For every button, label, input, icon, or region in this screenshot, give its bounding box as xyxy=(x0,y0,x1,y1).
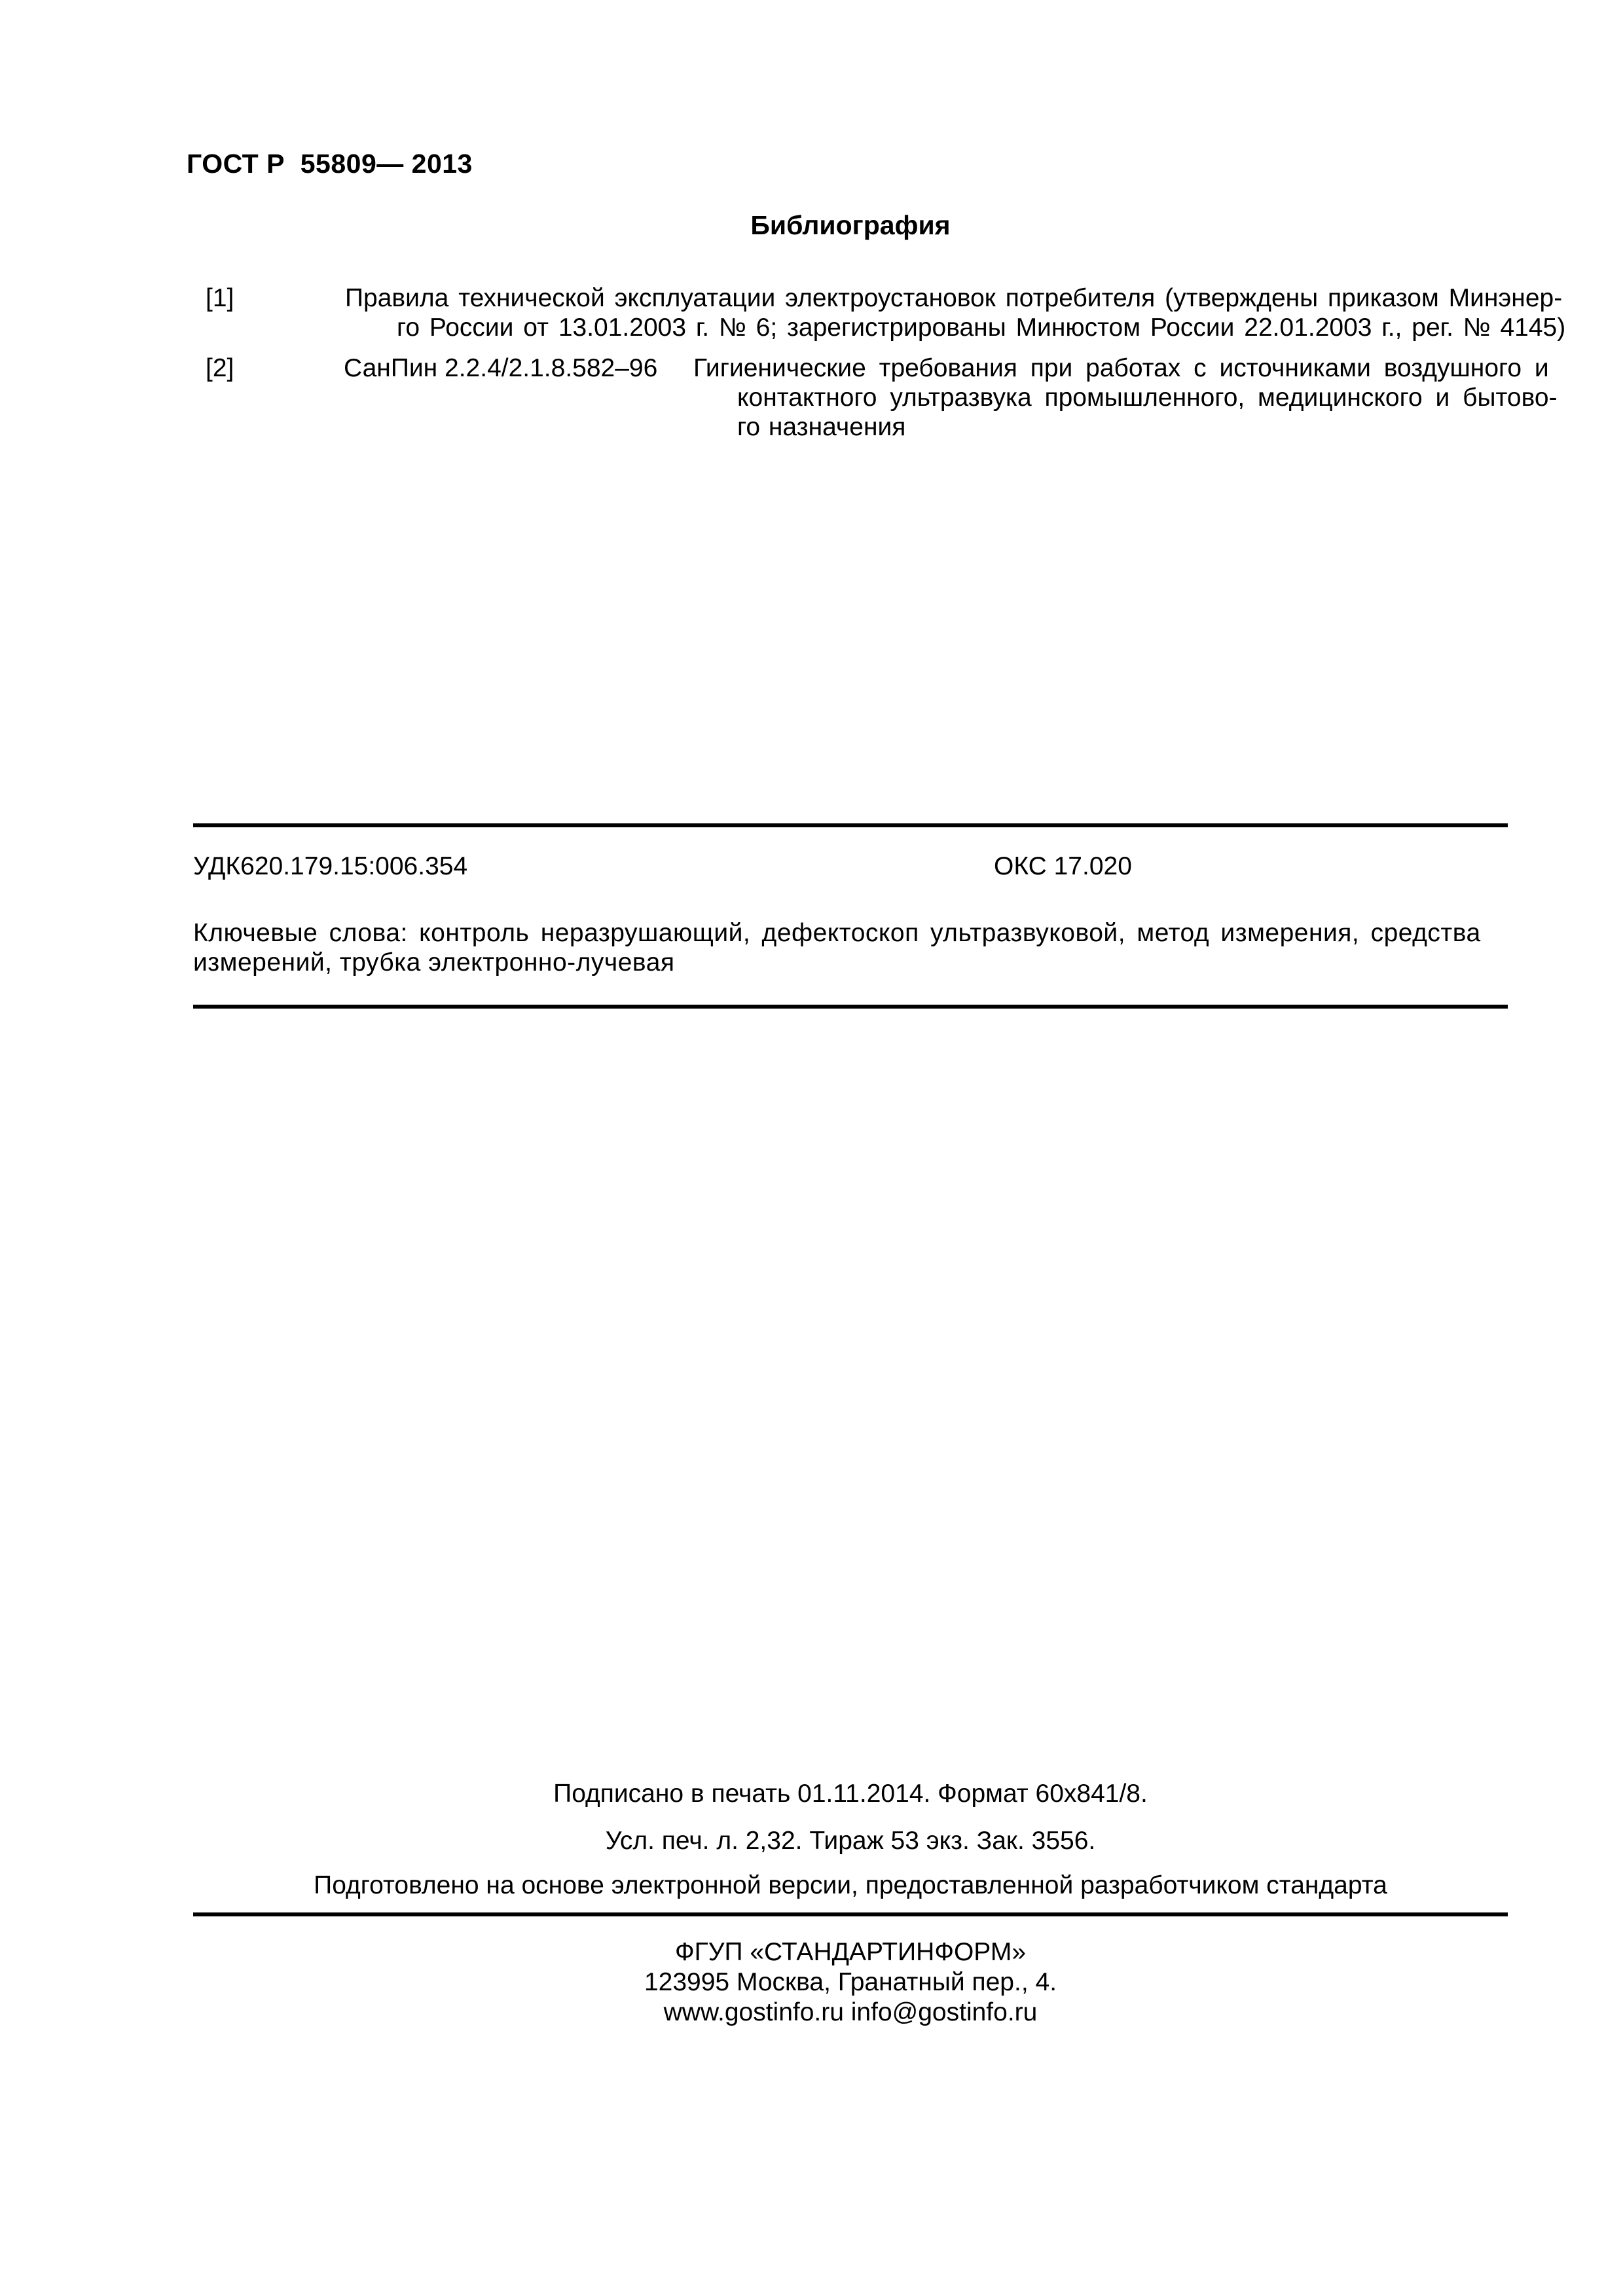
keywords-line-1: Ключевые слова: контроль неразрушающий, … xyxy=(193,918,1508,948)
entry-2-code: СанПин 2.2.4/2.1.8.582–96 xyxy=(344,353,693,383)
publisher-block: ФГУП «СТАНДАРТИНФОРМ» 123995 Москва, Гра… xyxy=(193,1937,1508,2028)
bibliography-title: Библиография xyxy=(193,211,1508,240)
entry-1-line-2: го России от 13.01.2003 г. № 6; зарегист… xyxy=(397,313,1565,342)
publisher-name: ФГУП «СТАНДАРТИНФОРМ» xyxy=(193,1937,1508,1967)
bibliography-entry-2: [2] СанПин 2.2.4/2.1.8.582–96 Гигиеничес… xyxy=(206,353,1510,442)
doc-number-header: ГОСТ Р 55809— 2013 xyxy=(187,149,473,179)
imprint-prepared-note: Подготовлено на основе электронной верси… xyxy=(193,1871,1508,1900)
classification-row: УДК620.179.15:006.354 ОКС 17.020 xyxy=(193,852,1508,881)
keywords-line-2: измерений, трубка электронно-лучевая xyxy=(193,948,1508,977)
entry-1-line-1: Правила технической эксплуатации электро… xyxy=(345,283,1565,313)
entry-2-line-3: го назначения xyxy=(737,412,1558,442)
imprint-print-run: Усл. печ. л. 2,32. Тираж 53 экз. Зак. 35… xyxy=(193,1826,1508,1856)
entry-1-text: Правила технической эксплуатации электро… xyxy=(345,283,1565,342)
entry-2-line-1: Гигиенические требования при работах с и… xyxy=(693,353,1558,383)
publisher-address: 123995 Москва, Гранатный пер., 4. xyxy=(193,1967,1508,1998)
udk-code: УДК620.179.15:006.354 xyxy=(193,852,467,880)
bibliography-entry-1: [1] Правила технической эксплуатации эле… xyxy=(206,283,1510,342)
document-page: ГОСТ Р 55809— 2013 Библиография [1] Прав… xyxy=(0,0,1623,2296)
entry-2-line-2: контактного ультразвука промышленного, м… xyxy=(737,383,1558,412)
publisher-contacts: www.gostinfo.ru info@gostinfo.ru xyxy=(193,1998,1508,2028)
keywords-block: Ключевые слова: контроль неразрушающий, … xyxy=(193,918,1508,977)
entry-2-text: Гигиенические требования при работах с и… xyxy=(693,353,1558,442)
entry-1-number: [1] xyxy=(206,283,345,313)
imprint-print-date: Подписано в печать 01.11.2014. Формат 60… xyxy=(193,1779,1508,1808)
entry-2-number: [2] xyxy=(206,353,344,383)
horizontal-rule-bottom xyxy=(193,1912,1508,1916)
horizontal-rule-middle xyxy=(193,1005,1508,1009)
oks-code: ОКС 17.020 xyxy=(994,852,1132,881)
horizontal-rule-top xyxy=(193,823,1508,827)
